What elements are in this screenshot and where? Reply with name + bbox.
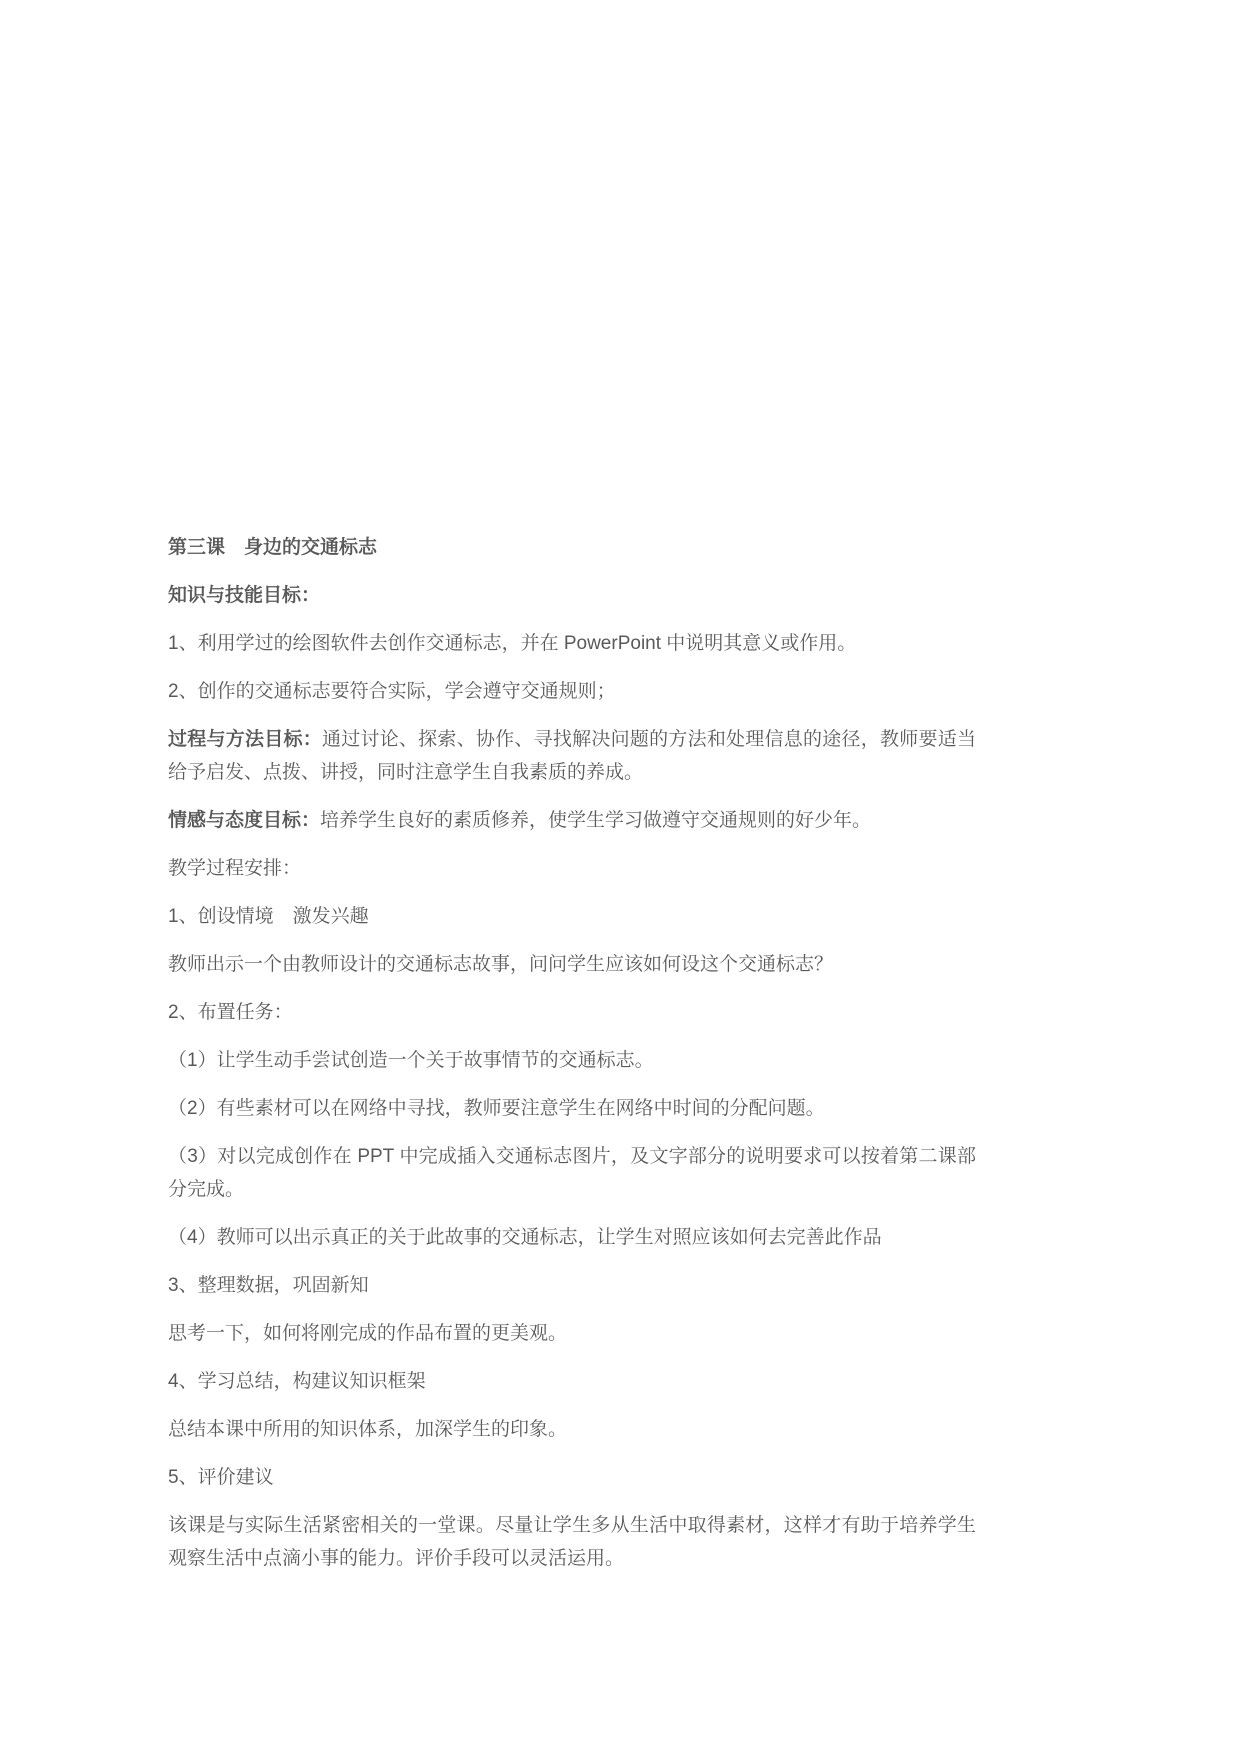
paragraph-text-run: 教师出示一个由教师设计的交通标志故事，问问学生应该如何设这个交通标志？ <box>168 954 833 975</box>
paragraph-bold-run: 情感与态度目标： <box>168 810 320 831</box>
paragraph: （1）让学生动手尝试创造一个关于故事情节的交通标志。 <box>168 1044 976 1077</box>
paragraph: （4）教师可以出示真正的关于此故事的交通标志，让学生对照应该如何去完善此作品 <box>168 1221 976 1254</box>
paragraph: 思考一下，如何将刚完成的作品布置的更美观。 <box>168 1317 976 1350</box>
paragraph: 情感与态度目标：培养学生良好的素质修养，使学生学习做遵守交通规则的好少年。 <box>168 804 976 837</box>
paragraph: （2）有些素材可以在网络中寻找，教师要注意学生在网络中时间的分配问题。 <box>168 1092 976 1125</box>
paragraph-text-run: 总结本课中所用的知识体系，加深学生的印象。 <box>168 1419 567 1440</box>
paragraph-text-run: 1、创设情境 激发兴趣 <box>168 906 369 927</box>
paragraph-text-run: 1、利用学过的绘图软件去创作交通标志，并在 PowerPoint 中说明其意义或… <box>168 633 856 654</box>
paragraph: 3、整理数据，巩固新知 <box>168 1269 976 1302</box>
paragraph: 4、学习总结，构建议知识框架 <box>168 1365 976 1398</box>
paragraph-text-run: 该课是与实际生活紧密相关的一堂课。尽量让学生多从生活中取得素材，这样才有助于培养… <box>168 1515 976 1569</box>
paragraph-text-run: （3）对以完成创作在 PPT 中完成插入交通标志图片，及文字部分的说明要求可以按… <box>168 1146 976 1200</box>
paragraph: 1、创设情境 激发兴趣 <box>168 900 976 933</box>
document-title: 第三课 身边的交通标志 <box>168 531 976 564</box>
paragraph: 总结本课中所用的知识体系，加深学生的印象。 <box>168 1413 976 1446</box>
paragraph: 2、布置任务： <box>168 996 976 1029</box>
paragraph: 2、创作的交通标志要符合实际，学会遵守交通规则； <box>168 675 976 708</box>
paragraph: 5、评价建议 <box>168 1461 976 1494</box>
paragraph: 1、利用学过的绘图软件去创作交通标志，并在 PowerPoint 中说明其意义或… <box>168 627 976 660</box>
paragraph-text-run: 2、创作的交通标志要符合实际，学会遵守交通规则； <box>168 681 616 702</box>
paragraph-text-run: 思考一下，如何将刚完成的作品布置的更美观。 <box>168 1323 567 1344</box>
paragraph: 过程与方法目标：通过讨论、探索、协作、寻找解决问题的方法和处理信息的途径，教师要… <box>168 723 976 789</box>
paragraph-text-run: （4）教师可以出示真正的关于此故事的交通标志，让学生对照应该如何去完善此作品 <box>168 1227 882 1248</box>
paragraph-text-run: 5、评价建议 <box>168 1467 274 1488</box>
paragraph-text-run: 教学过程安排： <box>168 858 301 879</box>
paragraph-text-run: 3、整理数据，巩固新知 <box>168 1275 369 1296</box>
paragraph-bold-run: 知识与技能目标： <box>168 585 320 606</box>
paragraph-text-run: （1）让学生动手尝试创造一个关于故事情节的交通标志。 <box>168 1050 654 1071</box>
paragraph: 知识与技能目标： <box>168 579 976 612</box>
paragraph-text-run: 培养学生良好的素质修养，使学生学习做遵守交通规则的好少年。 <box>320 810 871 831</box>
paragraph-text-run: 4、学习总结，构建议知识框架 <box>168 1371 426 1392</box>
paragraph-bold-run: 过程与方法目标： <box>168 729 322 750</box>
document-content: 第三课 身边的交通标志 知识与技能目标： 1、利用学过的绘图软件去创作交通标志，… <box>168 531 976 1590</box>
paragraph: 教师出示一个由教师设计的交通标志故事，问问学生应该如何设这个交通标志？ <box>168 948 976 981</box>
paragraph-text-run: （2）有些素材可以在网络中寻找，教师要注意学生在网络中时间的分配问题。 <box>168 1098 825 1119</box>
paragraph-text-run: 2、布置任务： <box>168 1002 293 1023</box>
paragraph: （3）对以完成创作在 PPT 中完成插入交通标志图片，及文字部分的说明要求可以按… <box>168 1140 976 1206</box>
document-page: 第三课 身边的交通标志 知识与技能目标： 1、利用学过的绘图软件去创作交通标志，… <box>0 0 1241 1754</box>
paragraph: 该课是与实际生活紧密相关的一堂课。尽量让学生多从生活中取得素材，这样才有助于培养… <box>168 1509 976 1575</box>
paragraph: 教学过程安排： <box>168 852 976 885</box>
